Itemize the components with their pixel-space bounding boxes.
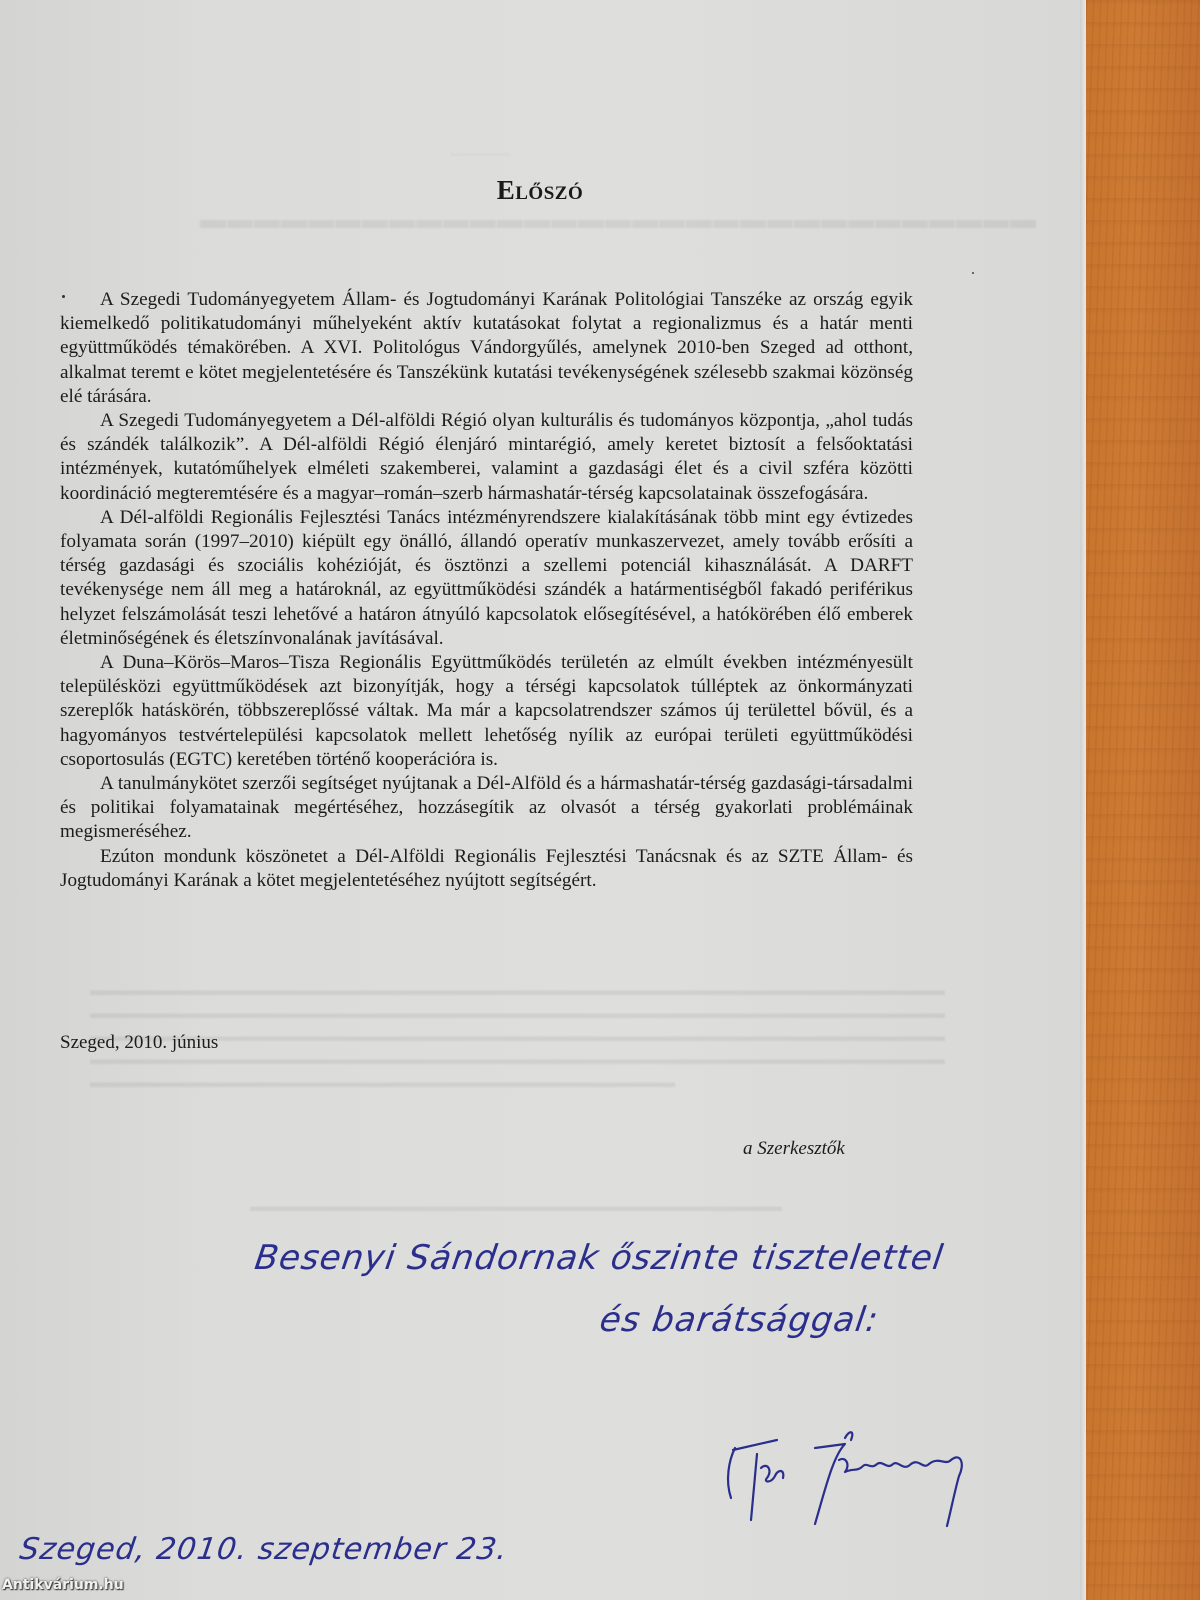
paper-speck <box>972 272 974 274</box>
paragraph: A Duna–Körös–Maros–Tisza Regionális Együ… <box>60 651 913 772</box>
handwritten-date: Szeged, 2010. szeptember 23. <box>18 1532 511 1567</box>
handwritten-dedication-line-2: és barátsággal: <box>597 1300 881 1340</box>
handwritten-dedication-line-1: Besenyi Sándornak őszinte tisztelettel <box>252 1238 946 1278</box>
place-date: Szeged, 2010. június <box>60 1032 218 1054</box>
paragraph: Ezúton mondunk köszönetet a Dél-Alföldi … <box>60 845 913 893</box>
editors-signoff: a Szerkesztők <box>743 1138 845 1160</box>
bleed-through-subheading: ▬▬▬▬▬▬▬▬▬▬▬▬▬▬▬▬▬▬▬▬▬▬▬▬▬▬▬▬▬▬▬▬▬▬▬▬▬▬ <box>250 1200 782 1216</box>
bleed-through-text: ▬▬▬▬▬▬▬▬▬▬▬▬▬▬▬▬▬▬▬▬▬▬▬▬▬▬▬▬▬▬▬▬▬▬▬▬▬▬▬▬… <box>90 980 1050 1095</box>
bleed-through-heading: ▬▬▬▬▬▬▬▬▬▬▬▬▬▬▬▬▬▬▬▬▬▬▬▬▬▬▬▬▬▬▬ <box>200 205 1037 235</box>
book-page: ~~~~~~~~ ▬▬▬▬▬▬▬▬▬▬▬▬▬▬▬▬▬▬▬▬▬▬▬▬▬▬▬▬▬▬▬… <box>0 0 1086 1600</box>
paragraph: A Dél-alföldi Regionális Fejlesztési Tan… <box>60 506 913 651</box>
bleed-through-kicker: ~~~~~~~~ <box>450 148 511 164</box>
wood-surface-background <box>1086 0 1200 1600</box>
page-title: Előszó <box>0 175 1080 206</box>
paragraph: A Szegedi Tudományegyetem Állam- és Jogt… <box>60 288 913 409</box>
foreword-body: A Szegedi Tudományegyetem Állam- és Jogt… <box>60 288 913 893</box>
paragraph: A tanulmánykötet szerzői segítséget nyúj… <box>60 772 913 845</box>
watermark: Antikvárium.hu <box>2 1577 124 1593</box>
paragraph: A Szegedi Tudományegyetem a Dél-alföldi … <box>60 409 913 506</box>
handwritten-signature <box>715 1420 1045 1530</box>
